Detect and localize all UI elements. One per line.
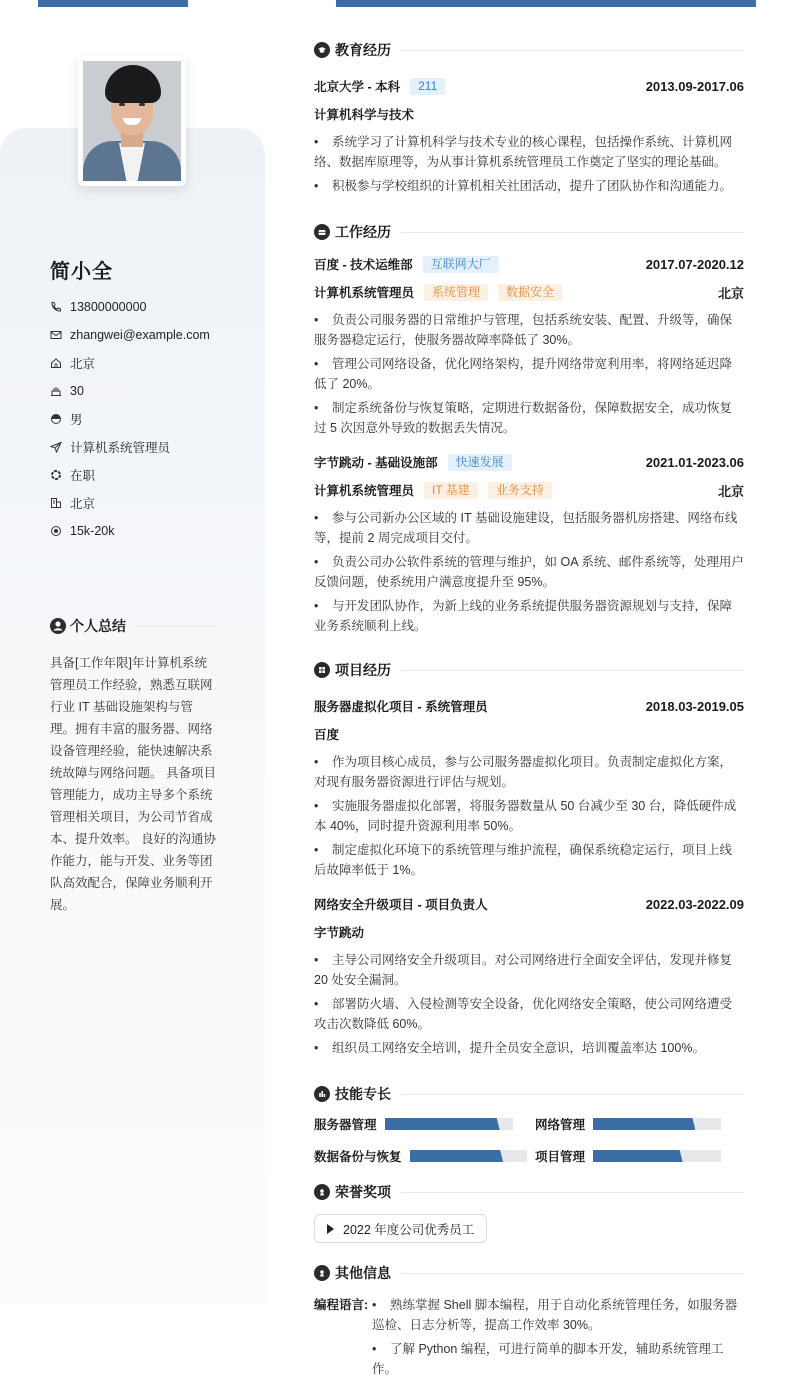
building-icon: [50, 497, 62, 509]
school-tag: 211: [410, 78, 445, 95]
send-icon: [50, 441, 62, 453]
salary-icon: [50, 525, 62, 537]
project-company: 字节跳动: [314, 923, 364, 941]
mail-icon: [50, 329, 62, 341]
phone-icon: [50, 301, 62, 313]
other-label: 编程语言:: [314, 1295, 372, 1383]
project-item: 网络安全升级项目 - 项目负责人 2022.03-2022.09 字节跳动 主导…: [314, 890, 744, 1058]
list-item: 系统学习了计算机科学与技术专业的核心课程，包括操作系统、计算机网络、数据库原理等…: [314, 132, 744, 172]
list-item: 参与公司新办公区域的 IT 基础设施建设，包括服务器机房搭建、网络布线等，提前 …: [314, 508, 744, 548]
skill-item: 服务器管理: [314, 1114, 535, 1134]
work-location: 北京: [718, 481, 744, 500]
divider: [401, 1094, 744, 1095]
list-item: 实施服务器虚拟化部署，将服务器数量从 50 台减少至 30 台，降低硬件成本 4…: [314, 796, 744, 836]
school-name: 北京大学 - 本科: [314, 77, 400, 95]
avatar: [83, 61, 181, 181]
info-location: 北京: [50, 349, 210, 377]
briefcase-icon: [314, 224, 330, 240]
divider: [401, 1192, 744, 1193]
divider: [401, 232, 744, 233]
list-item: 作为项目核心成员，参与公司服务器虚拟化项目。负责制定虚拟化方案，对现有服务器资源…: [314, 752, 744, 792]
work-date: 2017.07-2020.12: [646, 257, 744, 272]
role: 计算机系统管理员: [314, 481, 414, 499]
list-item: 制定系统备份与恢复策略，定期进行数据备份，保障数据安全，成功恢复过 5 次因意外…: [314, 398, 744, 438]
home-icon: [50, 357, 62, 369]
company-tag: 互联网大厂: [423, 256, 499, 273]
info-status: 在职: [50, 461, 210, 489]
role-tag: IT 基建: [424, 482, 478, 499]
work-header: 工作经历: [314, 220, 744, 244]
main-content: 教育经历 北京大学 - 本科211 2013.09-2017.06 计算机科学与…: [314, 38, 744, 1383]
company-name: 百度 - 技术运维部: [314, 255, 413, 273]
candidate-name: 简小全: [50, 255, 113, 284]
award-item[interactable]: 2022 年度公司优秀员工: [314, 1214, 487, 1243]
user-icon: [50, 618, 66, 634]
skill-item: 数据备份与恢复: [314, 1146, 535, 1166]
skills-header: 技能专长: [314, 1082, 744, 1106]
education-header: 教育经历: [314, 38, 744, 62]
top-accent-bar-left: [38, 0, 188, 7]
award-icon: [314, 1184, 330, 1200]
role-tag: 数据安全: [498, 284, 562, 301]
divider: [401, 670, 744, 671]
list-item: 积极参与学校组织的计算机相关社团活动，提升了团队协作和沟通能力。: [314, 176, 744, 196]
info-position: 计算机系统管理员: [50, 433, 210, 461]
info-icon: [314, 1265, 330, 1281]
project-date: 2018.03-2019.05: [646, 699, 744, 714]
work-item: 百度 - 技术运维部互联网大厂 2017.07-2020.12 计算机系统管理员…: [314, 250, 744, 438]
role: 计算机系统管理员: [314, 283, 414, 301]
info-email: zhangwei@example.com: [50, 321, 210, 349]
project-item: 服务器虚拟化项目 - 系统管理员 2018.03-2019.05 百度 作为项目…: [314, 692, 744, 880]
project-date: 2022.03-2022.09: [646, 897, 744, 912]
list-item: 制定虚拟化环境下的系统管理与维护流程，确保系统稳定运行，项目上线后故障率低于 1…: [314, 840, 744, 880]
work-date: 2021.01-2023.06: [646, 455, 744, 470]
age-icon: [50, 385, 62, 397]
list-item: 管理公司网络设备，优化网络架构，提升网络带宽利用率，将网络延迟降低了 20%。: [314, 354, 744, 394]
list-item: 负责公司服务器的日常维护与管理，包括系统安装、配置、升级等，确保服务器稳定运行，…: [314, 310, 744, 350]
skill-bar: [385, 1118, 513, 1130]
list-item: 了解 Python 编程，可进行简单的脚本开发，辅助系统管理工作。: [372, 1339, 744, 1379]
list-item: 组织员工网络安全培训，提升全员安全意识，培训覆盖率达 100%。: [314, 1038, 744, 1058]
skills-grid: 服务器管理 网络管理 数据备份与恢复 项目管理: [314, 1114, 744, 1166]
work-item: 字节跳动 - 基础设施部快速发展 2021.01-2023.06 计算机系统管理…: [314, 448, 744, 636]
projects-header: 项目经历: [314, 658, 744, 682]
divider: [401, 1273, 744, 1274]
gender-icon: [50, 413, 62, 425]
list-item: 负责公司办公软件系统的管理与维护，如 OA 系统、邮件系统等，处理用户反馈问题，…: [314, 552, 744, 592]
contact-info-list: 13800000000 zhangwei@example.com 北京 30 男…: [50, 293, 210, 545]
project-company: 百度: [314, 725, 339, 743]
skill-bar: [593, 1150, 721, 1162]
project-name: 服务器虚拟化项目 - 系统管理员: [314, 697, 488, 715]
awards-header: 荣誉奖项: [314, 1180, 744, 1204]
info-phone: 13800000000: [50, 293, 210, 321]
work-location: 北京: [718, 283, 744, 302]
skill-bar: [593, 1118, 721, 1130]
graduation-cap-icon: [314, 42, 330, 58]
top-accent-bar-right: [336, 0, 756, 7]
info-city: 北京: [50, 489, 210, 517]
project-name: 网络安全升级项目 - 项目负责人: [314, 895, 488, 913]
summary-title: 个人总结: [70, 616, 126, 636]
summary-header: 个人总结: [50, 616, 216, 636]
list-item: 主导公司网络安全升级项目。对公司网络进行全面安全评估，发现并修复 20 处安全漏…: [314, 950, 744, 990]
other-row: 编程语言: 熟练掌握 Shell 脚本编程，用于自动化系统管理任务，如服务器巡检…: [314, 1295, 744, 1383]
summary-text: 具备[工作年限]年计算机系统管理员工作经验，熟悉互联网行业 IT 基础设施架构与…: [50, 652, 216, 916]
skill-bar: [410, 1150, 527, 1162]
status-icon: [50, 469, 62, 481]
list-item: 与开发团队协作，为新上线的业务系统提供服务器资源规划与支持，保障业务系统顺利上线…: [314, 596, 744, 636]
list-item: 部署防火墙、入侵检测等安全设备，优化网络安全策略，使公司网络遭受攻击次数降低 6…: [314, 994, 744, 1034]
company-tag: 快速发展: [448, 454, 512, 471]
skill-item: 项目管理: [535, 1146, 744, 1166]
other-header: 其他信息: [314, 1261, 744, 1285]
divider: [136, 625, 216, 627]
role-tag: 系统管理: [424, 284, 488, 301]
info-gender: 男: [50, 405, 210, 433]
education-date: 2013.09-2017.06: [646, 79, 744, 94]
education-item: 北京大学 - 本科211 2013.09-2017.06 计算机科学与技术 系统…: [314, 72, 744, 196]
role-tag: 业务支持: [488, 482, 552, 499]
avatar-frame: [78, 56, 186, 186]
company-name: 字节跳动 - 基础设施部: [314, 453, 438, 471]
play-icon: [327, 1224, 334, 1234]
major: 计算机科学与技术: [314, 105, 414, 123]
skill-item: 网络管理: [535, 1114, 744, 1134]
bar-chart-icon: [314, 1086, 330, 1102]
divider: [401, 50, 744, 51]
info-salary: 15k-20k: [50, 517, 210, 545]
grid-icon: [314, 662, 330, 678]
list-item: 熟练掌握 Shell 脚本编程，用于自动化系统管理任务，如服务器巡检、日志分析等…: [372, 1295, 744, 1335]
info-age: 30: [50, 377, 210, 405]
